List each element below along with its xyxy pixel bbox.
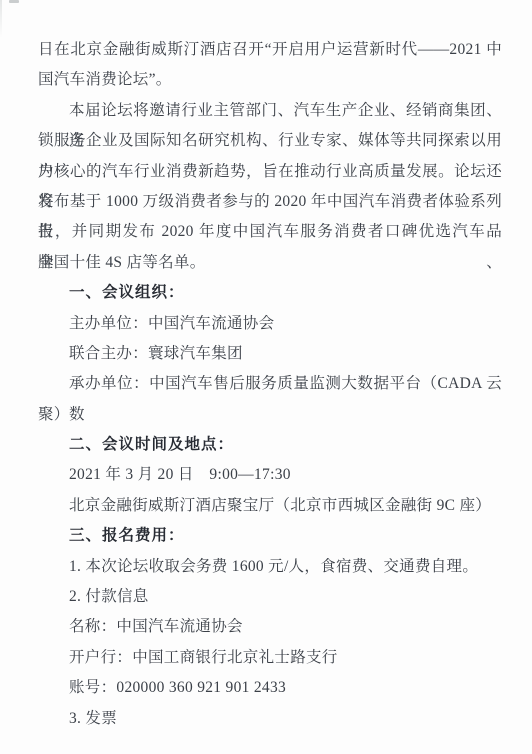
document-line: 本届论坛将邀请行业主管部门、汽车生产企业、经销商集团、连 [38, 96, 502, 126]
document-line: 名称：中国汽车流通协会 [38, 612, 502, 642]
document-line: 国汽车消费论坛”。 [38, 65, 502, 95]
document-line: 聚） [38, 400, 502, 430]
document-line: 主办单位：中国汽车流通协会 [38, 309, 502, 339]
document-heading-line: 三、报名费用： [38, 521, 502, 551]
document-line: 北京金融街威斯汀酒店聚宝厅（北京市西城区金融街 9C 座） [38, 491, 502, 521]
document-line: 日在北京金融街威斯汀酒店召开“开启用户运营新时代——2021 中 [38, 35, 502, 65]
document-line: 承办单位：中国汽车售后服务质量监测大数据平台（CADA 云数 [38, 369, 502, 399]
document-line: 为核心的汽车行业消费新趋势，旨在推动行业高质量发展。论坛还将 [38, 157, 502, 187]
document-line: 发布基于 1000 万级消费者参与的 2020 年中国汽车消费者体验系列报 [38, 187, 502, 217]
document-line: 告，并同期发布 2020 年度中国汽车服务消费者口碑优选汽车品牌、 [38, 217, 502, 247]
document-line: 锁服务企业及国际知名研究机构、行业专家、媒体等共同探索以用户 [38, 126, 502, 156]
document-line: 开户行：中国工商银行北京礼士路支行 [38, 643, 502, 673]
scanned-document-page: 日在北京金融街威斯汀酒店召开“开启用户运营新时代——2021 中国汽车消费论坛”… [0, 0, 532, 754]
document-line: 1. 本次论坛收取会务费 1600 元/人，食宿费、交通费自理。 [38, 552, 502, 582]
scan-artifact-edge-shadow [0, 0, 2, 38]
document-line: 2021 年 3 月 20 日 9:00—17:30 [38, 460, 502, 490]
scan-artifact-speck [9, 0, 19, 3]
document-heading-line: 一、会议组织： [38, 278, 502, 308]
document-body: 日在北京金融街威斯汀酒店召开“开启用户运营新时代——2021 中国汽车消费论坛”… [38, 35, 502, 734]
document-line: 3. 发票 [38, 704, 502, 734]
document-line: 账号：020000 360 921 901 2433 [38, 673, 502, 703]
document-line: 联合主办：寰球汽车集团 [38, 339, 502, 369]
document-heading-line: 二、会议时间及地点： [38, 430, 502, 460]
document-line: 2. 付款信息 [38, 582, 502, 612]
